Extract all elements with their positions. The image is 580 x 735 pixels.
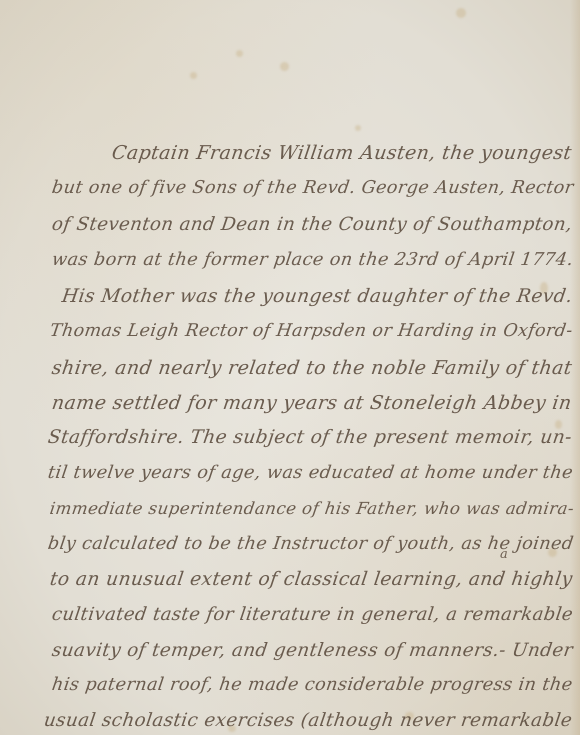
text-line: cultivated taste for literature in gener… <box>51 604 575 625</box>
text-line: was born at the former place on the 23rd… <box>51 250 575 270</box>
text-line: Captain Francis William Austen, the youn… <box>110 142 573 164</box>
text-line: name settled for many years at Stoneleig… <box>50 392 573 414</box>
text-line: of Steventon and Dean in the County of S… <box>51 214 574 235</box>
text-line: but one of five Sons of the Revd. George… <box>51 178 575 198</box>
text-line: til twelve years of age, was educated at… <box>47 463 575 483</box>
text-line: His Mother was the youngest daughter of … <box>61 286 574 307</box>
interlinear-insertion: a <box>500 547 508 562</box>
text-line: his paternal roof, he made considerable … <box>51 675 574 695</box>
text-line: shire, and nearly related to the noble F… <box>50 357 573 379</box>
text-line: Thomas Leigh Rector of Harpsden or Hardi… <box>49 321 574 341</box>
text-line: bly calculated to be the Instructor of y… <box>47 534 575 554</box>
text-line: usual scholastic exercises (although nev… <box>43 710 574 731</box>
text-line: to an unusual extent of classical learni… <box>49 569 574 590</box>
manuscript-text: Captain Francis William Austen, the youn… <box>0 0 580 735</box>
text-line: Staffordshire. The subject of the presen… <box>47 427 574 448</box>
manuscript-page: Captain Francis William Austen, the youn… <box>0 0 580 735</box>
text-line: suavity of temper, and gentleness of man… <box>51 640 575 661</box>
text-line: immediate superintendance of his Father,… <box>49 498 576 518</box>
